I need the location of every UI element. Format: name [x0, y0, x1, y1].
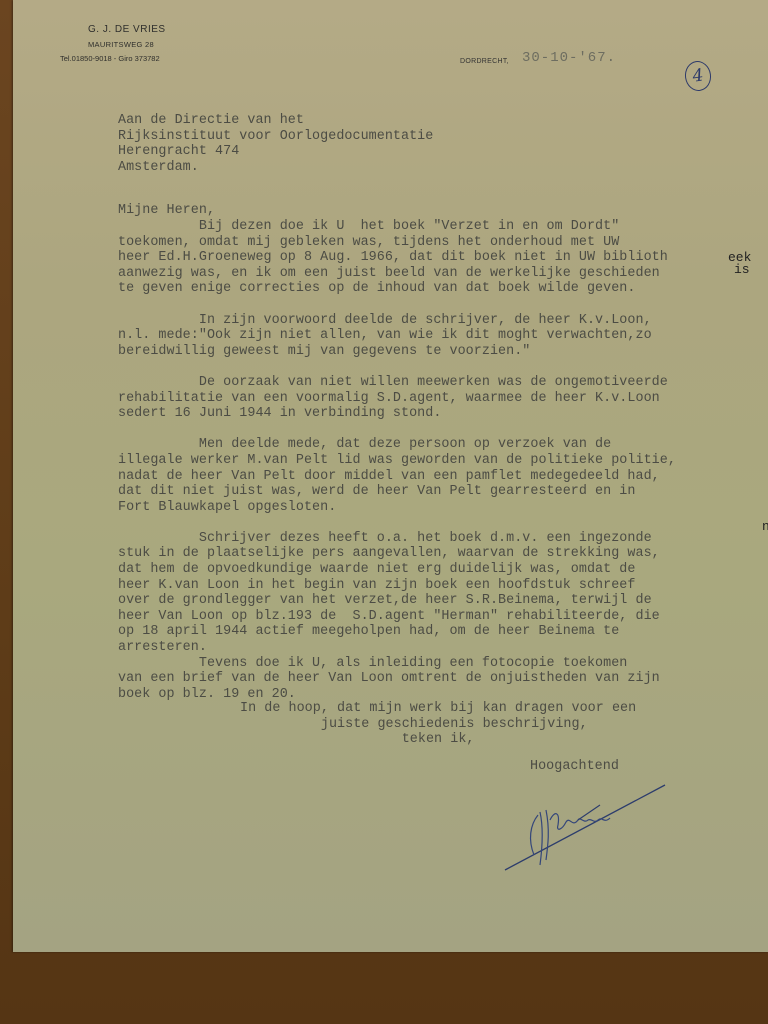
letterhead-contact: Tel.01850-9018 - Giro 373782: [60, 54, 160, 63]
addressee-block: Aan de Directie van het Rijksinstituut v…: [118, 113, 433, 175]
letter-place: DORDRECHT,: [460, 58, 509, 65]
paragraph-1: Bij dezen doe ik U het boek "Verzet in e…: [118, 219, 668, 296]
typed-insert-geschiedenis: is: [734, 262, 750, 277]
closing-text: In de hoop, dat mijn werk bij kan dragen…: [240, 701, 636, 748]
letter-date: 30-10-'67.: [522, 50, 616, 66]
typed-insert-ingezonden: n: [762, 519, 768, 534]
paragraph-4: Men deelde mede, dat deze persoon op ver…: [118, 437, 676, 514]
letter-body: Bij dezen doe ik U het boek "Verzet in e…: [118, 219, 676, 702]
signature-icon: [500, 780, 670, 875]
paragraph-5: Schrijver dezes heeft o.a. het boek d.m.…: [118, 531, 660, 655]
letterhead-street: MAURITSWEG 28: [88, 40, 154, 49]
paragraph-6: Tevens doe ik U, als inleiding een fotoc…: [118, 656, 660, 702]
greeting: Hoogachtend: [530, 759, 619, 775]
letterhead-name: G. J. DE VRIES: [88, 24, 166, 35]
paragraph-2: In zijn voorwoord deelde de schrijver, d…: [118, 313, 652, 359]
salutation: Mijne Heren,: [118, 203, 215, 219]
paragraph-3: De oorzaak van niet willen meewerken was…: [118, 375, 668, 421]
